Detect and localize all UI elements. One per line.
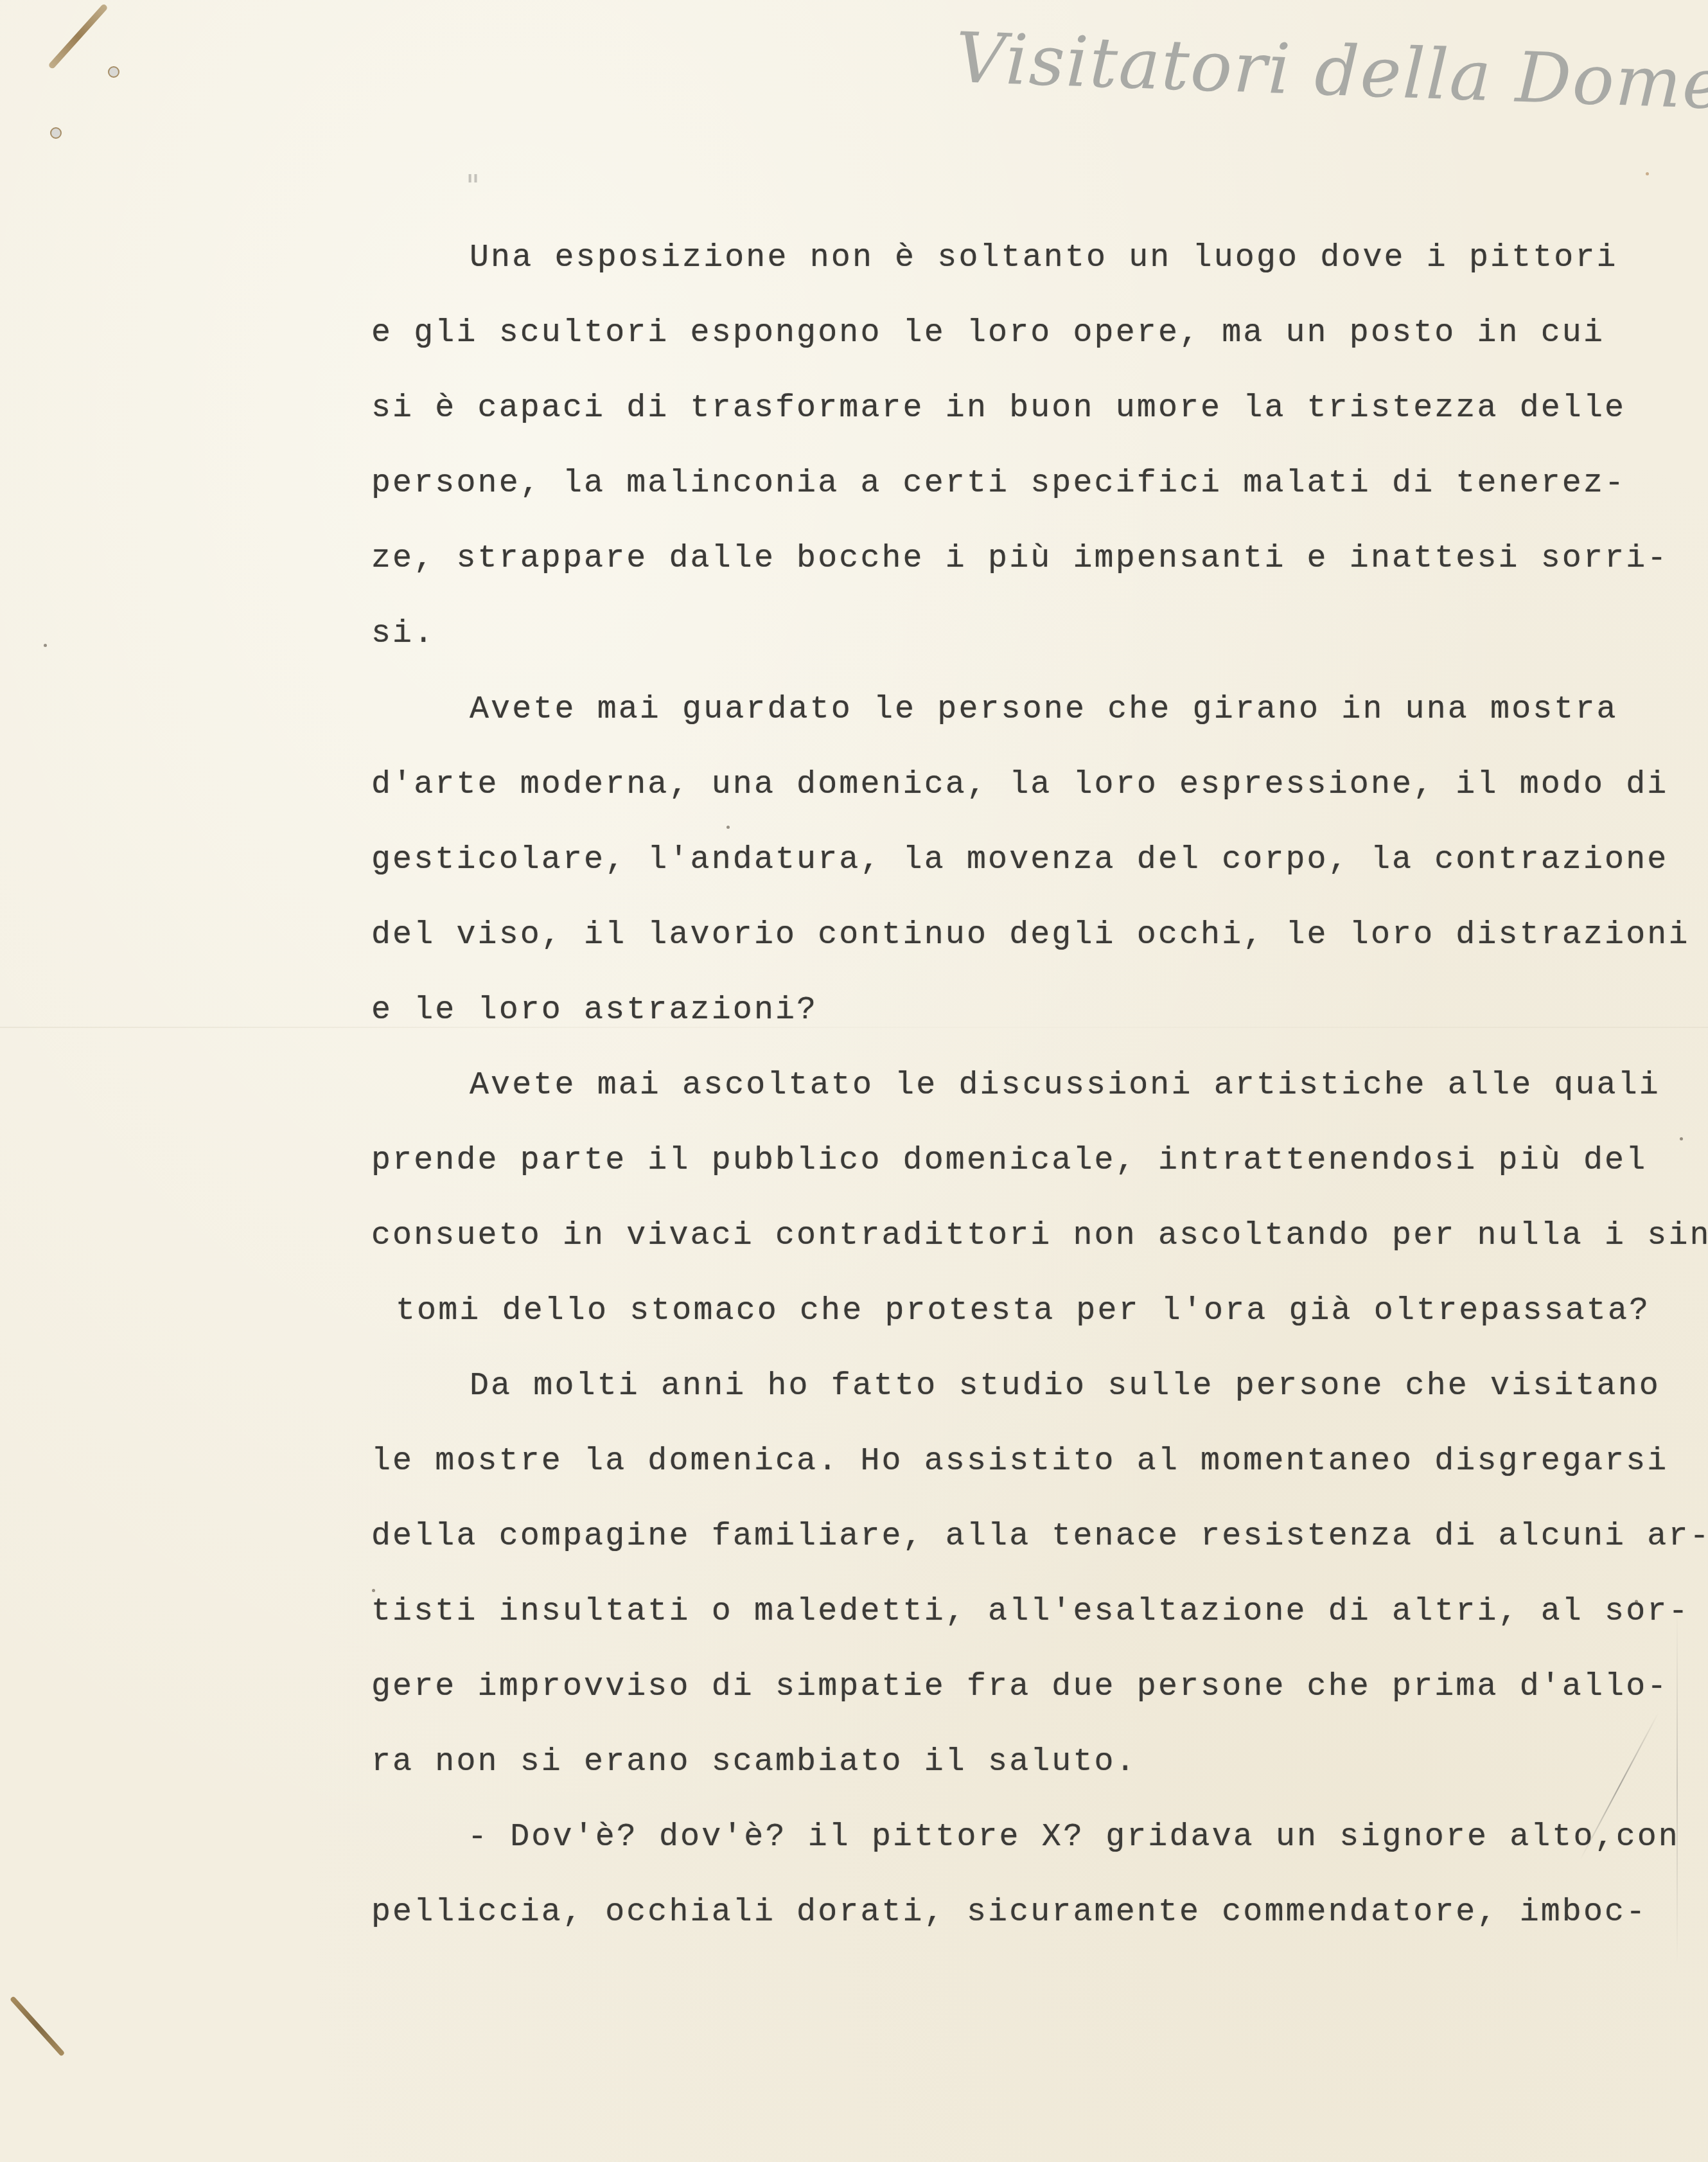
paper-speck	[726, 826, 730, 829]
text-line: ze, strappare dalle bocche i più impensa…	[371, 540, 1668, 578]
text-line: tomi dello stomaco che protesta per l'or…	[396, 1292, 1650, 1331]
staple-hole	[108, 66, 119, 78]
paper-crease	[1677, 1606, 1678, 1966]
text-line: e gli scultori espongono le loro opere, …	[371, 314, 1605, 353]
handwritten-title: Visitatori della Domenica	[955, 18, 1708, 130]
text-line: le mostre la domenica. Ho assistito al m…	[371, 1442, 1668, 1481]
paper-speck	[1646, 172, 1649, 175]
staple-rust-mark-bottom	[10, 1996, 65, 2057]
text-line: prende parte il pubblico domenicale, int…	[371, 1142, 1647, 1180]
text-line: si.	[371, 615, 435, 653]
text-line: del viso, il lavorio continuo degli occh…	[371, 916, 1690, 955]
text-line: Avete mai guardato le persone che girano…	[470, 691, 1618, 729]
text-line: persone, la malinconia a certi specifici…	[371, 465, 1626, 503]
text-line: consueto in vivaci contradittori non asc…	[371, 1217, 1708, 1255]
staple-rust-mark-top	[48, 3, 108, 69]
paper-speck	[44, 644, 47, 647]
staple-hole	[50, 127, 62, 139]
text-line: e le loro astrazioni?	[371, 991, 818, 1030]
text-line: pelliccia, occhiali dorati, sicuramente …	[371, 1893, 1647, 1932]
text-line: gesticolare, l'andatura, la movenza del …	[371, 841, 1668, 880]
text-line: tisti insultati o maledetti, all'esaltaz…	[371, 1593, 1690, 1631]
text-line: gere improvviso di simpatie fra due pers…	[371, 1668, 1668, 1706]
paper-speck	[1680, 1137, 1683, 1140]
paper-fold-line	[0, 1027, 1708, 1028]
typewritten-page: Visitatori della Domenica " Una esposizi…	[0, 0, 1708, 2162]
text-line: della compagine familiare, alla tenace r…	[371, 1518, 1708, 1556]
text-line: ra non si erano scambiato il saluto.	[371, 1743, 1137, 1782]
pencil-mark: "	[466, 168, 480, 204]
text-line: Avete mai ascoltato le discussioni artis…	[470, 1067, 1660, 1105]
text-line: Da molti anni ho fatto studio sulle pers…	[470, 1367, 1660, 1406]
text-line: si è capaci di trasformare in buon umore…	[371, 389, 1626, 428]
text-line: - Dov'è? dov'è? il pittore X? gridava un…	[468, 1818, 1680, 1857]
paper-speck	[372, 1589, 375, 1592]
text-line: Una esposizione non è soltanto un luogo …	[470, 239, 1618, 278]
text-line: d'arte moderna, una domenica, la loro es…	[371, 766, 1668, 804]
